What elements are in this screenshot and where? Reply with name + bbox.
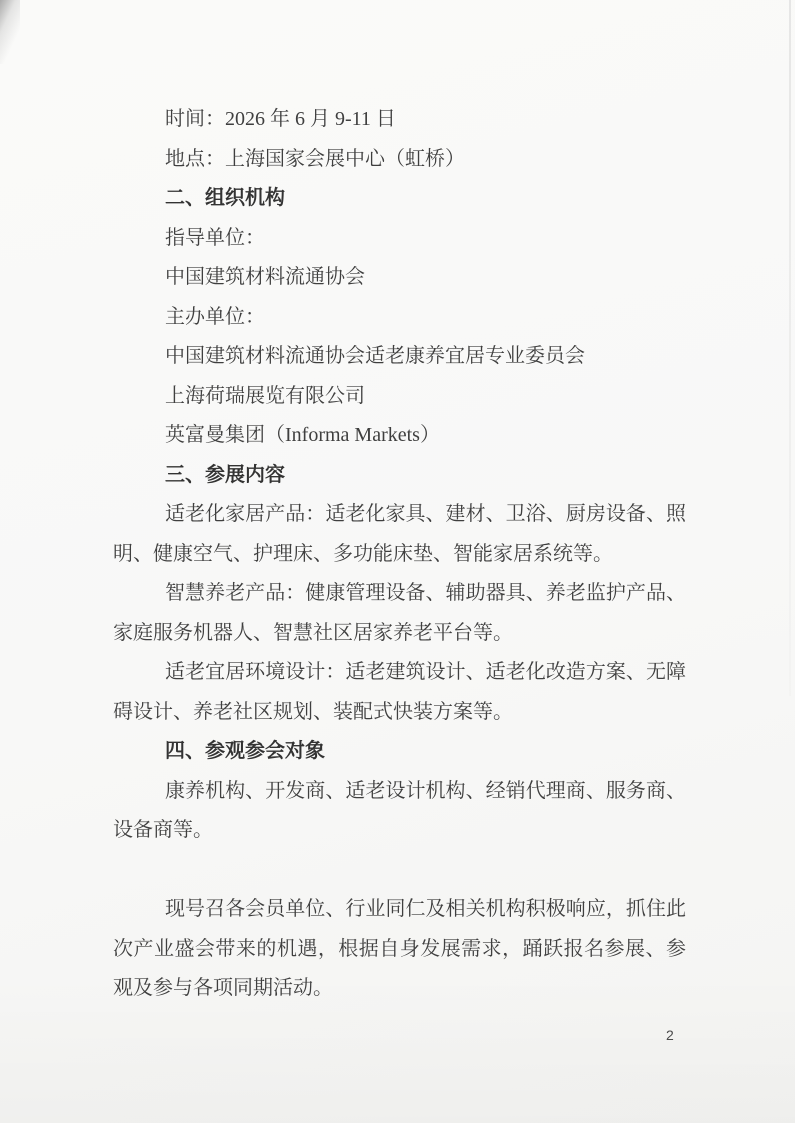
scan-shadow-topleft	[0, 0, 20, 64]
host-unit-1: 中国建筑材料流通协会适老康养宜居专业委员会	[113, 337, 686, 377]
guidance-unit-value: 中国建筑材料流通协会	[113, 258, 686, 298]
host-unit-3: 英富曼集团（Informa Markets）	[113, 416, 686, 456]
heading-organization: 二、组织机构	[113, 179, 686, 219]
scan-edge-right	[789, 0, 791, 696]
heading-visitors: 四、参观参会对象	[113, 732, 686, 772]
visitors-list: 康养机构、开发商、适老设计机构、经销代理商、服务商、设备商等。	[113, 772, 686, 851]
exhibits-smart-products: 智慧养老产品：健康管理设备、辅助器具、养老监护产品、家庭服务机器人、智慧社区居家…	[113, 574, 686, 653]
host-unit-2: 上海荷瑞展览有限公司	[113, 377, 686, 417]
meta-time: 时间：2026 年 6 月 9-11 日	[113, 100, 686, 140]
exhibits-home-products: 适老化家居产品：适老化家具、建材、卫浴、厨房设备、照明、健康空气、护理床、多功能…	[113, 495, 686, 574]
guidance-unit-label: 指导单位：	[113, 219, 686, 259]
document-body: 时间：2026 年 6 月 9-11 日地点：上海国家会展中心（虹桥）二、组织机…	[113, 100, 686, 1009]
document-page: 时间：2026 年 6 月 9-11 日地点：上海国家会展中心（虹桥）二、组织机…	[0, 0, 795, 1123]
page-number: 2	[666, 1027, 674, 1043]
closing-call: 现号召各会员单位、行业同仁及相关机构积极响应，抓住此次产业盛会带来的机遇，根据自…	[113, 890, 686, 1009]
exhibits-environment-design: 适老宜居环境设计：适老建筑设计、适老化改造方案、无障碍设计、养老社区规划、装配式…	[113, 653, 686, 732]
blank-line	[113, 851, 686, 891]
host-unit-label: 主办单位：	[113, 298, 686, 338]
heading-exhibits: 三、参展内容	[113, 456, 686, 496]
meta-venue: 地点：上海国家会展中心（虹桥）	[113, 140, 686, 180]
